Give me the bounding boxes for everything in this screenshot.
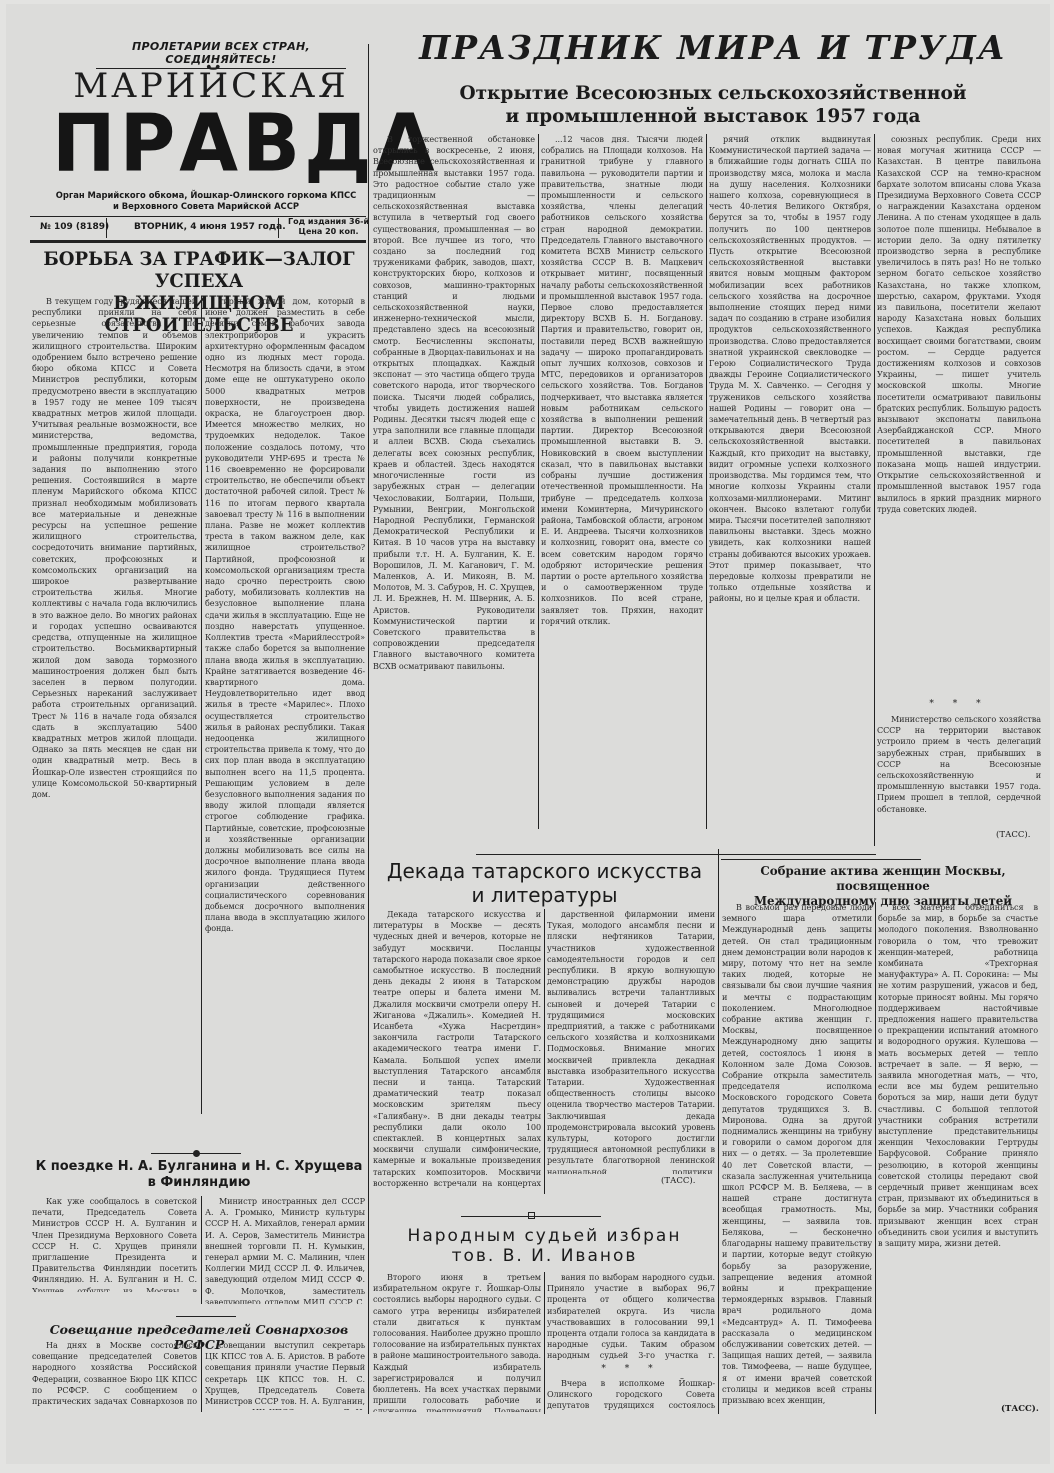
column-rule — [544, 909, 545, 1194]
lead-col1: В торжественной обстановке открылись в в… — [373, 134, 535, 829]
divider — [106, 218, 107, 238]
lead-col3: рячий отклик выдвинутая Коммунистической… — [709, 134, 871, 829]
judge-col2-after: Вчера в исполкоме Йошкар-Олинского город… — [547, 1378, 715, 1414]
divider — [30, 240, 366, 243]
masthead-title-line2: ПРАВДА — [52, 102, 352, 184]
tatar-headline-line1: Декада татарского искусства — [372, 859, 717, 883]
tatar-headline: Декада татарского искусства и литературы — [372, 859, 717, 907]
column-rule — [538, 134, 539, 829]
judge-col2: вания по выборам народного судьи. Принял… — [547, 1272, 715, 1362]
tatar-source: (ТАСС). — [661, 1176, 695, 1186]
column-rule — [544, 1272, 545, 1414]
housing-col2: тирный жилой дом, который в июне должен … — [205, 296, 365, 1114]
lead-col2: ...12 часов дня. Тысячи людей собрались … — [541, 134, 703, 829]
judge-headline-line2: тов. В. И. Иванов — [372, 1246, 717, 1266]
women-col2: всех матерей объединиться в борьбе за ми… — [878, 902, 1038, 1397]
lead-banner: ПРАЗДНИК МИРА И ТРУДА — [368, 28, 1054, 67]
tatar-col2: дарственной филармонии имени Тукая, моло… — [547, 909, 715, 1174]
finland-col2: Министр иностранных дел СССР А. А. Громы… — [205, 1196, 365, 1304]
issue-meta: Год издания 36-й Цена 20 коп. — [288, 217, 369, 237]
women-col1: В восьмой раз передовые люди земного шар… — [722, 902, 872, 1414]
finland-headline-line2: в Финляндию — [32, 1175, 366, 1191]
finland-headline: К поездке Н. А. Булганина и Н. С. Хрущев… — [32, 1159, 366, 1191]
judge-headline-line1: Народным судьей избран — [372, 1226, 717, 1246]
issue-date: ВТОРНИК, 4 июня 1957 года. — [134, 222, 286, 232]
women-headline-line1: Собрание актива женщин Москвы, посвященн… — [718, 864, 1048, 894]
lead-col4: союзных республик. Среди них новая могуч… — [877, 134, 1041, 696]
divider — [176, 1316, 236, 1317]
newspaper-page: ПРОЛЕТАРИИ ВСЕХ СТРАН, СОЕДИНЯЙТЕСЬ! МАР… — [6, 4, 1050, 1464]
column-rule — [201, 1340, 202, 1412]
divider — [278, 218, 279, 238]
lead-col4-after: Министерство сельского хозяйства СССР на… — [877, 714, 1041, 819]
masthead-organ: Орган Марийского обкома, Йошкар-Олинског… — [46, 190, 366, 212]
separator-stars: * * * — [547, 1364, 715, 1374]
finland-col1: Как уже сообщалось в советской печати, П… — [32, 1196, 197, 1292]
column-rule — [368, 44, 369, 1414]
lead-subtitle-line1: Открытие Всесоюзных сельскохозяйственной — [368, 82, 1054, 105]
tatar-col1: Декада татарского искусства и литературы… — [373, 909, 541, 1189]
column-rule — [201, 1196, 202, 1304]
masthead-slogan: ПРОЛЕТАРИИ ВСЕХ СТРАН, СОЕДИНЯЙТЕСЬ! — [96, 40, 346, 69]
judge-headline: Народным судьей избран тов. В. И. Иванов — [372, 1226, 717, 1266]
column-rule — [706, 134, 707, 829]
issue-number: № 109 (8189) — [40, 222, 109, 232]
judge-col1: Второго июня в третьем избирательном окр… — [373, 1272, 541, 1412]
women-source: (ТАСС). — [1001, 1404, 1039, 1414]
housing-col1: В текущем году трудящиеся нашей республи… — [32, 296, 197, 1114]
separator-stars: * * * — [877, 699, 1041, 709]
divider — [476, 854, 876, 855]
finland-headline-line1: К поездке Н. А. Булганина и Н. С. Хрущев… — [32, 1159, 366, 1175]
sovnarkhoz-col1: На днях в Москве состоялось совещание пр… — [32, 1340, 197, 1410]
divider — [721, 859, 921, 860]
column-rule — [201, 296, 202, 1114]
price: Цена 20 коп. — [288, 227, 369, 237]
masthead-organ-line2: и Верховного Совета Марийской АССР — [46, 201, 366, 212]
year-of-publication: Год издания 36-й — [288, 217, 369, 227]
housing-headline-line1: БОРЬБА ЗА ГРАФИК—ЗАЛОГ УСПЕХА — [40, 248, 357, 292]
ornament-divider — [461, 1216, 601, 1217]
lead-subtitle: Открытие Всесоюзных сельскохозяйственной… — [368, 82, 1054, 128]
column-rule — [874, 134, 875, 846]
sovnarkhoz-col2: совещании выступил секретарь ЦК КПСС тов… — [205, 1340, 365, 1410]
ornament-divider — [151, 1153, 241, 1154]
column-rule — [875, 902, 876, 1414]
lead-subtitle-line2: и промышленной выставок 1957 года — [368, 105, 1054, 128]
lead-source: (ТАСС). — [996, 830, 1030, 840]
column-rule — [718, 849, 719, 1414]
tatar-headline-line2: и литературы — [372, 883, 717, 907]
masthead-organ-line1: Орган Марийского обкома, Йошкар-Олинског… — [46, 190, 366, 201]
